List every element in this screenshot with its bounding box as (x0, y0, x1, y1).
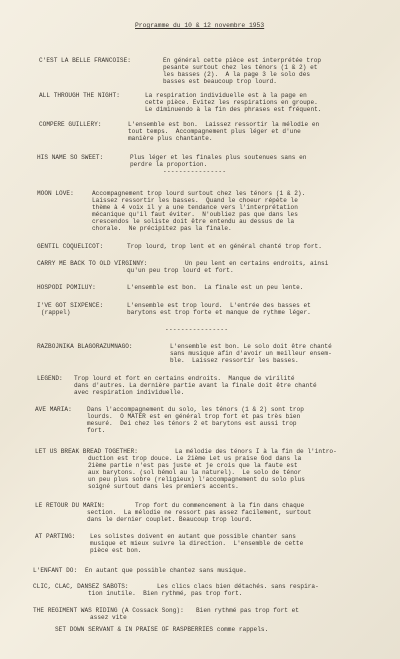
typewritten-page: Programme du 10 & 12 novembre 1953 C'EST… (0, 0, 400, 659)
entry-subtitle: (rappel) (41, 309, 70, 316)
entry-title: MOON LOVE: (37, 190, 74, 197)
entry-text: manière plus chantante. (128, 135, 213, 142)
separator: ---------------- (163, 168, 226, 175)
entry-text: barytons est trop forte et manque de ryt… (127, 309, 311, 316)
entry-text: L'ensemble est bon. La finale est un peu… (127, 284, 304, 291)
entry-text: basses est beaucoup trop lourd. (163, 78, 277, 85)
entry-text: Bien rythmé pas trop fort et (196, 607, 299, 614)
entry-text: chorale. Ne précipitez pas la finale. (92, 225, 232, 232)
entry-text: En autant que possible chantez sans musi… (85, 567, 247, 574)
page-title: Programme du 10 & 12 novembre 1953 (135, 22, 264, 29)
entry-text: Le diminuendo à la fin des phrases est f… (145, 106, 322, 113)
entry-title: AT PARTING: (35, 533, 75, 540)
entry-title: HIS NAME SO SWEET: (37, 154, 103, 161)
entry-title: HOSPODI POMILUY: (37, 284, 96, 291)
entry-text: mesuré. Dei chez les ténors 2 et baryton… (87, 420, 297, 427)
entry-title: AVE MARIA: (35, 406, 72, 413)
entry-title: C'EST LA BELLE FRANCOISE: (39, 57, 131, 64)
entry-text: tion inutile. Bien rythmé, pas trop fort… (88, 590, 242, 597)
entry-text: Trop lourd, trop lent et en général chan… (127, 243, 322, 250)
entry-text: soigné surtout dans les premiers accents… (88, 483, 239, 490)
entry-text: fort. (87, 427, 105, 434)
entry-title: RAZBOJNIKA BLAGORAZUMNAGO: (37, 343, 133, 350)
entry-text: assez vite (90, 614, 127, 621)
entry-text: dans le dernier couplet. Beaucoup trop l… (87, 516, 252, 523)
entry-text: qu'un peu trop lourd et fort. (127, 267, 234, 274)
entry-title: LEGEND: (37, 375, 63, 382)
entry-title: COMPERE GUILLERY: (39, 121, 102, 128)
entry-title: ALL THROUGH THE NIGHT: (39, 92, 120, 99)
entry-title: L'ENFANT DO: (33, 567, 77, 574)
entry-title: GENTIL COQUELICOT: (37, 243, 103, 250)
entry-text: avec respiration individuelle. (74, 389, 184, 396)
entry-text: ble. Laissez ressortir les basses. (170, 357, 299, 364)
separator: ---------------- (165, 326, 228, 333)
entry-text: pièce est bon. (90, 547, 141, 554)
closing-note: SET DOWN SERVANT & IN PRAISE OF RASPBERR… (55, 626, 268, 633)
